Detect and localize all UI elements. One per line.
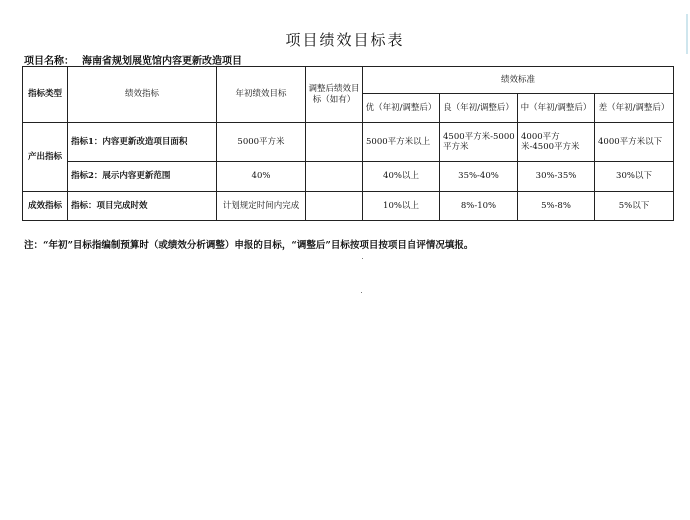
adjusted-target-value [306, 192, 363, 221]
adjusted-target-value [306, 123, 363, 162]
table-header-row: 指标类型 绩效指标 年初绩效目标 调整后绩效目标（如有） 绩效标准 [23, 67, 674, 94]
header-performance-standard: 绩效标准 [363, 67, 674, 94]
indicator-type-output: 产出指标 [23, 123, 68, 192]
level-medium-value: 4000平方米-4500平方米 [518, 123, 595, 162]
level-poor-value: 4000平方米以下 [595, 123, 674, 162]
level-excellent-value: 5000平方米以上 [363, 123, 440, 162]
level-medium-value: 5%-8% [518, 192, 595, 221]
level-good-value: 8%-10% [440, 192, 518, 221]
header-indicator: 绩效指标 [68, 67, 217, 123]
level-poor-value: 30%以下 [595, 162, 674, 192]
header-level-good: 良（年初/调整后） [440, 94, 518, 123]
level-medium-value: 30%-35% [518, 162, 595, 192]
footnote: 注：“年初”目标指编制预算时（或绩效分析调整）申报的目标，“调整后”目标按项目按… [24, 237, 473, 251]
header-indicator-type: 指标类型 [23, 67, 68, 123]
table-row: 成效指标 指标：项目完成时效 计划规定时间内完成 10%以上 8%-10% 5%… [23, 192, 674, 221]
document-title: 项目绩效目标表 [0, 29, 690, 50]
scan-speck [362, 258, 363, 259]
level-good-value: 35%-40% [440, 162, 518, 192]
header-adjusted-target: 调整后绩效目标（如有） [306, 67, 363, 123]
table-row: 指标2：展示内容更新范围 40% 40%以上 35%-40% 30%-35% 3… [23, 162, 674, 192]
header-initial-target: 年初绩效目标 [217, 67, 306, 123]
header-level-medium: 中（年初/调整后） [518, 94, 595, 123]
project-name-line: 项目名称：海南省规划展览馆内容更新改造项目 [24, 52, 242, 67]
indicator-name: 指标2：展示内容更新范围 [68, 162, 217, 192]
table-row: 产出指标 指标1：内容更新改造项目面积 5000平方米 5000平方米以上 45… [23, 123, 674, 162]
initial-target-value: 5000平方米 [217, 123, 306, 162]
level-excellent-value: 10%以上 [363, 192, 440, 221]
performance-target-table: 指标类型 绩效指标 年初绩效目标 调整后绩效目标（如有） 绩效标准 优（年初/调… [22, 66, 674, 221]
initial-target-value: 40% [217, 162, 306, 192]
level-poor-value: 5%以下 [595, 192, 674, 221]
header-level-poor: 差（年初/调整后） [595, 94, 674, 123]
header-level-excellent: 优（年初/调整后） [363, 94, 440, 123]
indicator-name: 指标1：内容更新改造项目面积 [68, 123, 217, 162]
indicator-name: 指标：项目完成时效 [68, 192, 217, 221]
level-excellent-value: 40%以上 [363, 162, 440, 192]
initial-target-value: 计划规定时间内完成 [217, 192, 306, 221]
scan-speck [361, 292, 362, 293]
level-good-value: 4500平方米-5000平方米 [440, 123, 518, 162]
indicator-type-effect: 成效指标 [23, 192, 68, 221]
adjusted-target-value [306, 162, 363, 192]
